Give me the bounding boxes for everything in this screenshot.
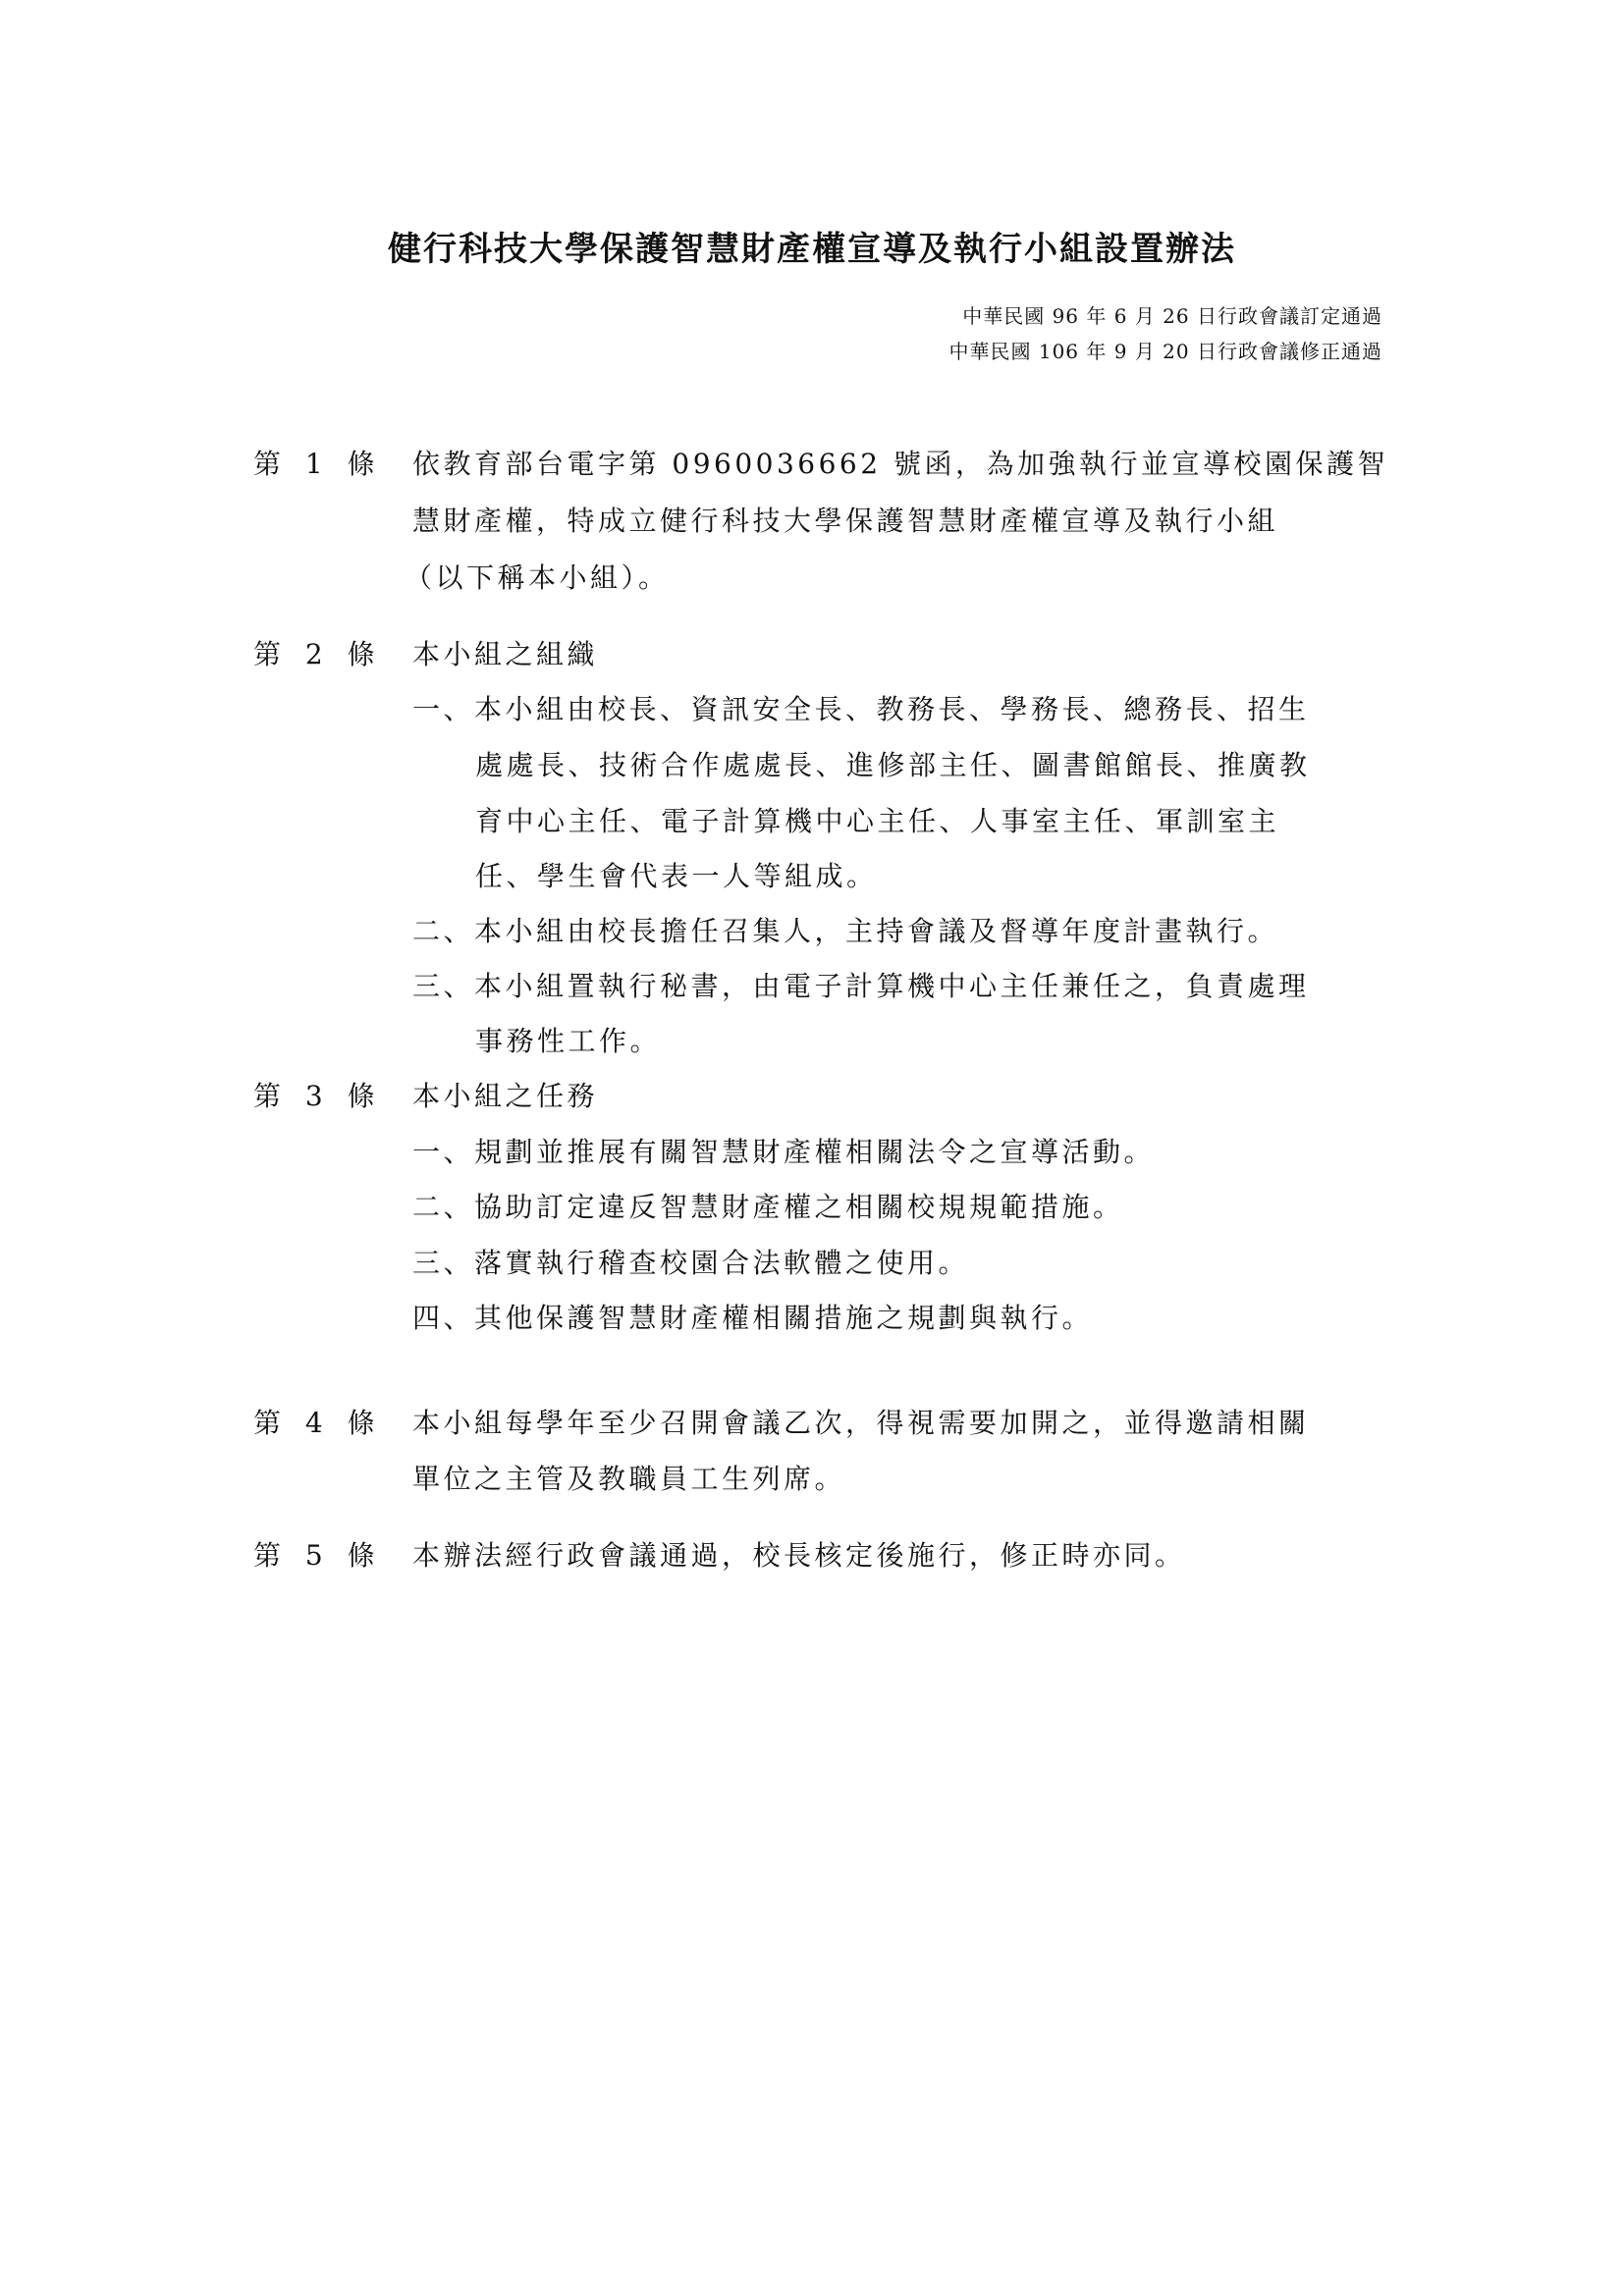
article-3-label: 第 3 條 [253,1080,383,1113]
document-page: 健行科技大學保護智慧財產權宣導及執行小組設置辦法 中華民國 96 年 6 月 2… [0,0,1624,2296]
article-2-item-1-line-3: 育中心主任、電子計算機中心主任、人事室主任、軍訓室主 [475,805,1279,838]
article-1-line-1: 依教育部台電字第 0960036662 號函，為加強執行並宣導校園保護智 [412,448,1388,481]
article-5-line-1: 本辦法經行政會議通過，校長核定後施行，修正時亦同。 [412,1539,1186,1573]
article-2-item-3-line-2: 事務性工作。 [475,1025,661,1058]
article-4-line-2: 單位之主管及教職員工生列席。 [412,1463,845,1496]
article-5-label: 第 5 條 [253,1539,383,1573]
article-2-heading: 本小組之組織 [412,638,598,671]
article-3-item-4: 四、其他保護智慧財產權相關措施之規劃與執行。 [412,1302,1093,1335]
document-title: 健行科技大學保護智慧財產權宣導及執行小組設置辦法 [0,222,1624,270]
article-3-item-1: 一、規劃並推展有關智慧財產權相關法令之宣導活動。 [412,1136,1155,1169]
history-line-2: 中華民國 106 年 9 月 20 日行政會議修正通過 [949,336,1383,364]
article-4-label: 第 4 條 [253,1407,383,1440]
article-2-item-2: 二、本小組由校長擔任召集人，主持會議及督導年度計畫執行。 [412,915,1278,948]
article-2-item-3-line-1: 三、本小組置執行秘書，由電子計算機中心主任兼任之，負責處理 [412,970,1310,1003]
article-1-line-3: （以下稱本小組）。 [405,561,670,595]
article-3-item-3: 三、落實執行稽查校園合法軟體之使用。 [412,1247,969,1280]
article-1-line-2: 慧財產權，特成立健行科技大學保護智慧財產權宣導及執行小組 [412,505,1278,538]
article-2-item-1-line-4: 任、學生會代表一人等組成。 [475,860,878,893]
article-2-item-1-line-2: 處處長、技術合作處處長、進修部主任、圖書館館長、推廣教 [475,749,1311,782]
article-2-item-1-line-1: 一、本小組由校長、資訊安全長、教務長、學務長、總務長、招生 [412,693,1310,726]
article-1-label: 第 1 條 [253,448,383,481]
article-3-heading: 本小組之任務 [412,1080,598,1113]
article-2-label: 第 2 條 [253,638,383,671]
article-3-item-2: 二、協助訂定違反智慧財產權之相關校規規範措施。 [412,1191,1124,1224]
history-line-1: 中華民國 96 年 6 月 26 日行政會議訂定通過 [962,300,1382,329]
article-4-line-1: 本小組每學年至少召開會議乙次，得視需要加開之，並得邀請相關 [412,1407,1310,1440]
